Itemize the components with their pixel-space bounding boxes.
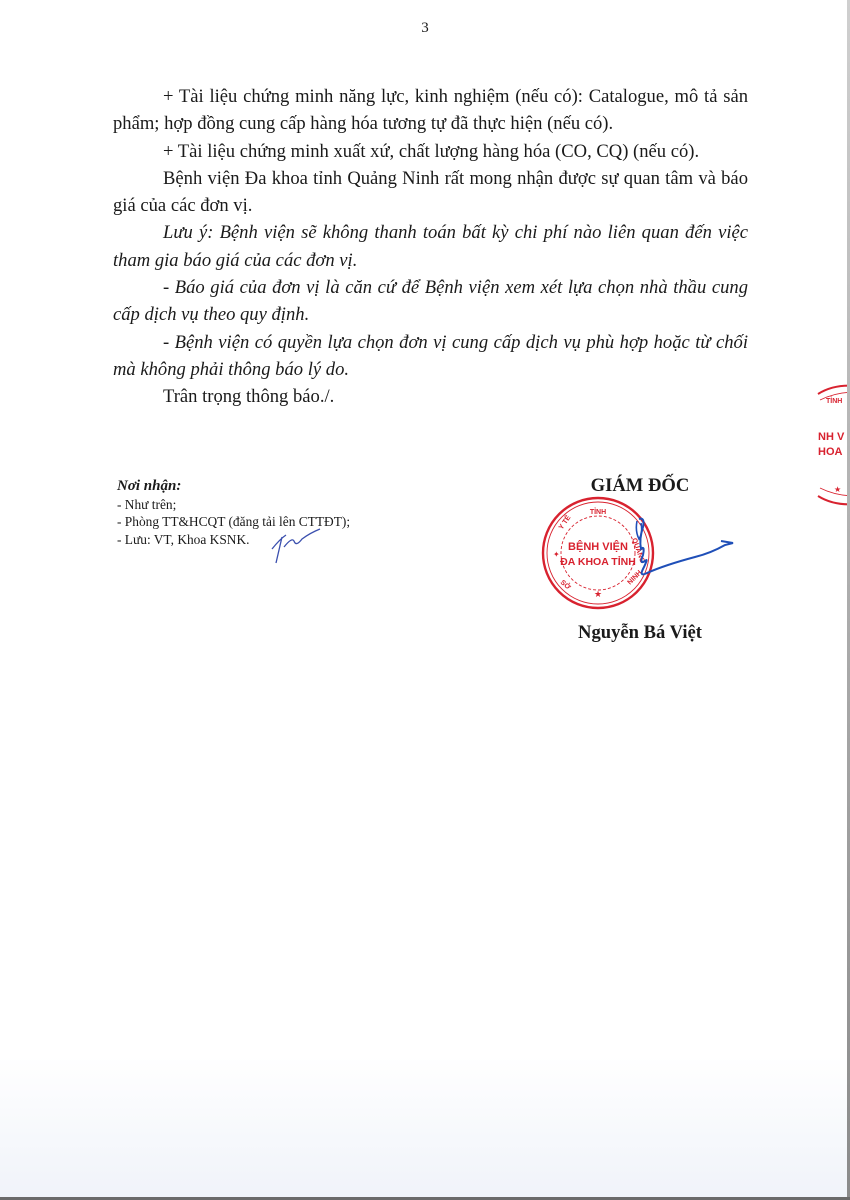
signer-title: GIÁM ĐỐC <box>530 475 750 497</box>
recipients-title: Nơi nhận: <box>117 478 350 496</box>
paragraph-request: Bệnh viện Đa khoa tỉnh Quảng Ninh rất mo… <box>113 165 748 220</box>
svg-text:TỈNH: TỈNH <box>590 507 606 516</box>
page-number: 3 <box>0 20 850 37</box>
handwritten-signature-icon <box>625 515 735 595</box>
svg-text:✦: ✦ <box>553 550 560 559</box>
paragraph-capability-docs: + Tài liệu chứng minh năng lực, kinh ngh… <box>113 83 748 138</box>
svg-text:SỞ: SỞ <box>559 578 573 592</box>
paragraph-note-rights: - Bệnh viện có quyền lựa chọn đơn vị cun… <box>113 329 748 384</box>
svg-text:HOA: HOA <box>818 446 843 458</box>
partial-seal-icon: TỈNH NH V HOA ★ <box>808 378 850 510</box>
paragraph-origin-docs: + Tài liệu chứng minh xuất xứ, chất lượn… <box>113 138 748 165</box>
signature-block: GIÁM ĐỐC TỈNH QUẢNG NINH Y TẾ SỞ BỆNH VI… <box>530 470 750 660</box>
initials-mark-icon <box>262 527 322 567</box>
svg-text:★: ★ <box>594 589 602 599</box>
signer-name: Nguyễn Bá Việt <box>530 622 750 644</box>
svg-text:NH V: NH V <box>818 431 845 443</box>
paragraph-closing: Trân trọng thông báo./. <box>113 383 748 410</box>
recipient-line: - Như trên; <box>117 496 350 514</box>
svg-text:★: ★ <box>834 485 841 494</box>
paragraph-note-basis: - Báo giá của đơn vị là căn cứ để Bệnh v… <box>113 274 748 329</box>
svg-text:TỈNH: TỈNH <box>826 396 842 405</box>
paragraph-note-no-payment: Lưu ý: Bệnh viện sẽ không thanh toán bất… <box>113 219 748 274</box>
svg-text:BỆNH VIỆN: BỆNH VIỆN <box>568 540 628 553</box>
document-body: + Tài liệu chứng minh năng lực, kinh ngh… <box>113 83 748 411</box>
